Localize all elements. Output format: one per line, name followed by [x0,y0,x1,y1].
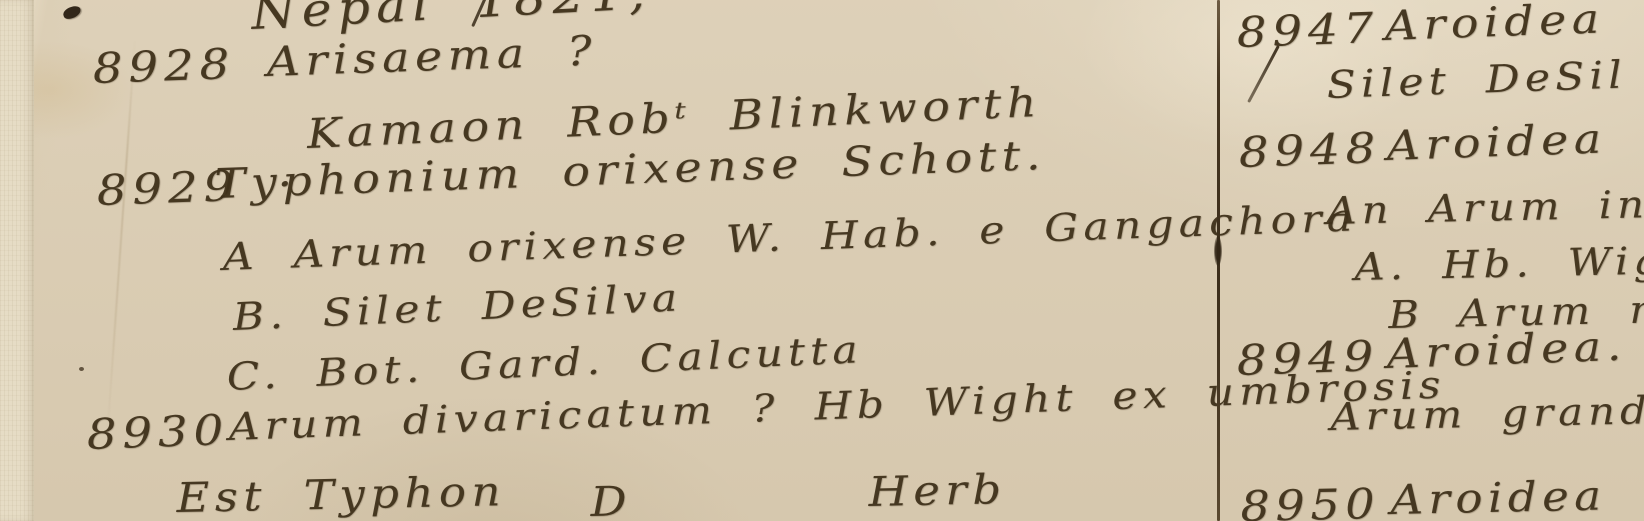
entry-number: 8950 [1240,483,1381,521]
entry-detail: An Arum indi [1326,184,1644,230]
ink-speck [79,367,84,371]
entry-title: Aroidea [1386,118,1607,167]
partial-line-fragment: Est Typhon [176,471,506,519]
entry-title: Arisaema ? [266,30,598,83]
entry-number: 8928 [92,43,236,90]
entry-title: Aroidea. [1386,326,1627,375]
entry-title: Aroidea [1390,475,1607,521]
entry-detail: Silet DeSil [1326,56,1627,104]
entry-detail: B. Silet DeSilva [232,278,683,336]
entry-number: 8947 [1236,7,1380,54]
entry-number: 8948 [1238,127,1382,174]
entry-title: Aroidea [1384,0,1605,47]
entry-detail: A. Hb. Wight [1354,240,1644,286]
entry-number: 8930 [86,409,230,456]
ink-blot [62,4,83,20]
column-rule-ink-blob [1214,236,1222,266]
entry-detail: Arum grandiflo [1330,389,1644,436]
paper-left-edge [0,0,34,521]
entry-detail: A Arum orixense W. Hab. e Gangachora [222,198,1358,276]
partial-line-fragment: D [590,481,632,521]
manuscript-page: Nepal 1821, 8928 Arisaema ? Kamaon Robᵗ … [0,0,1644,521]
partial-line-fragment: Herb [868,469,1007,513]
paper-crease [106,40,136,439]
entry-number: 8949 [1236,335,1380,382]
